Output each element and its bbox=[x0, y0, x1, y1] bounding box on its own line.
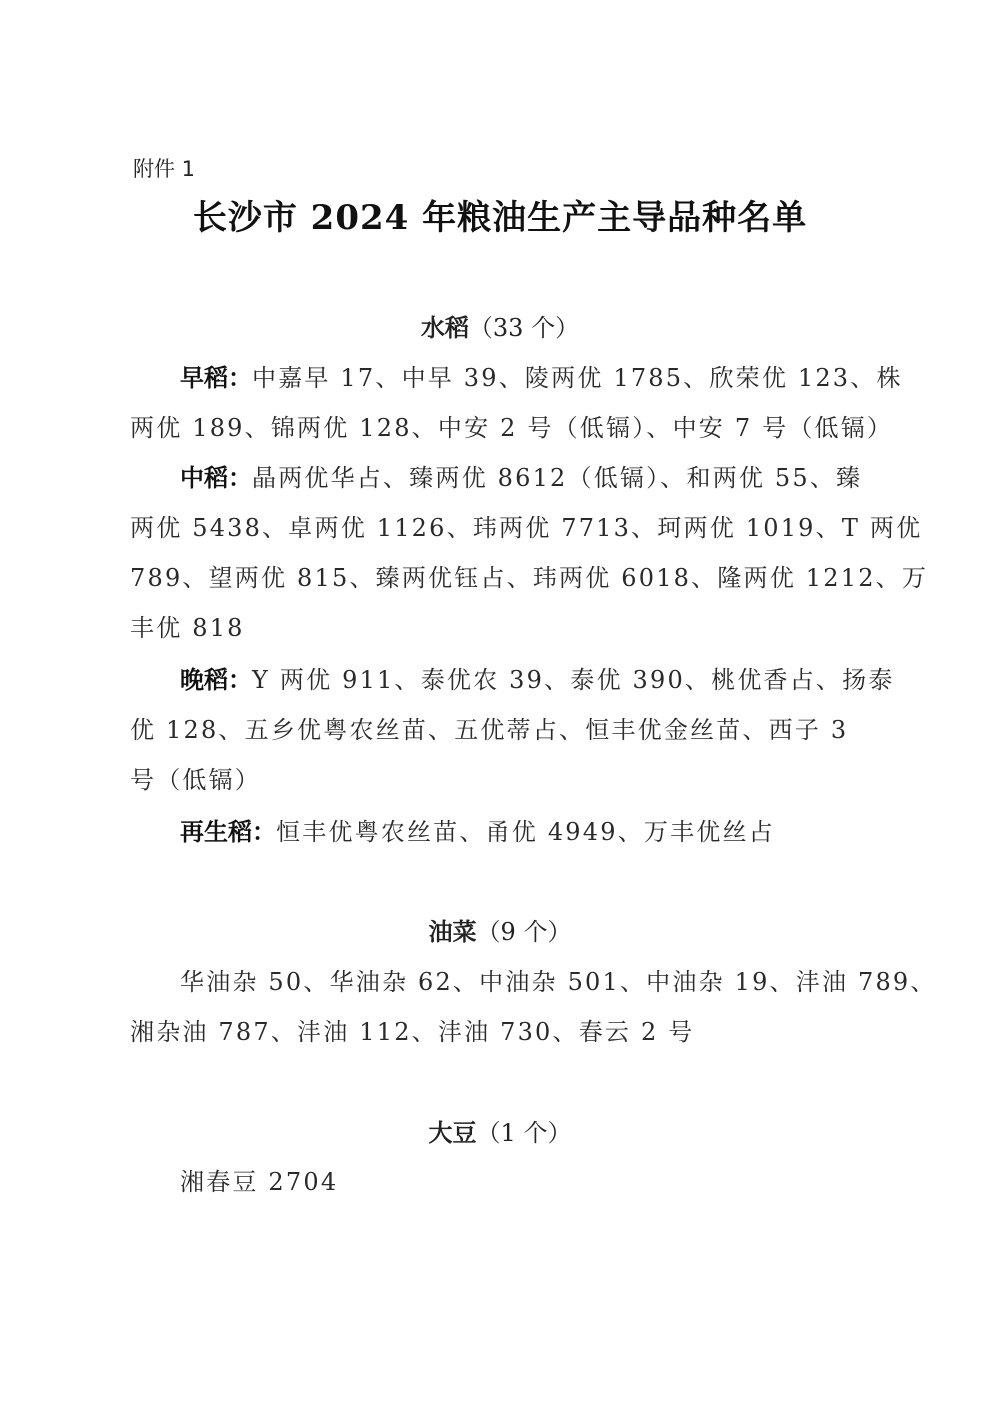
section-name: 大豆 bbox=[429, 1119, 477, 1147]
attachment-label: 附件 1 bbox=[133, 153, 195, 183]
mid-rice-line-2: 两优 5438、卓两优 1126、玮两优 7713、珂两优 1019、T 两优 bbox=[130, 508, 870, 543]
line-text: Y 两优 911、泰优农 39、泰优 390、桃优香占、扬泰 bbox=[252, 666, 895, 694]
late-rice-line-3: 号（低镉） bbox=[130, 760, 870, 795]
early-rice-line-2: 两优 189、锦两优 128、中安 2 号（低镉）、中安 7 号（低镉） bbox=[130, 408, 870, 443]
early-rice-line-1: 早稻：中嘉早 17、中早 39、陵两优 1785、欣荣优 123、株 bbox=[180, 358, 920, 393]
section-heading-rice: 水稻（33 个） bbox=[0, 308, 1000, 343]
group-label-mid-rice: 中稻： bbox=[180, 464, 252, 492]
ratoon-rice-line-1: 再生稻：恒丰优粤农丝苗、甬优 4949、万丰优丝占 bbox=[180, 812, 920, 847]
mid-rice-line-4: 丰优 818 bbox=[130, 608, 870, 643]
late-rice-line-1: 晚稻：Y 两优 911、泰优农 39、泰优 390、桃优香占、扬泰 bbox=[180, 660, 920, 695]
group-label-late-rice: 晚稻： bbox=[180, 666, 252, 694]
line-text: 晶两优华占、臻两优 8612（低镉）、和两优 55、臻 bbox=[252, 464, 862, 492]
section-name: 水稻 bbox=[421, 314, 469, 342]
line-text: 中嘉早 17、中早 39、陵两优 1785、欣荣优 123、株 bbox=[252, 364, 903, 392]
section-heading-rapeseed: 油菜（9 个） bbox=[0, 912, 1000, 947]
section-count: （1 个） bbox=[477, 1119, 572, 1147]
section-heading-soybean: 大豆（1 个） bbox=[0, 1113, 1000, 1148]
document-title: 长沙市 2024 年粮油生产主导品种名单 bbox=[0, 190, 1000, 239]
mid-rice-line-3: 789、望两优 815、臻两优钰占、玮两优 6018、隆两优 1212、万 bbox=[130, 558, 870, 593]
section-count: （33 个） bbox=[469, 314, 579, 342]
document-page: 附件 1 长沙市 2024 年粮油生产主导品种名单 水稻（33 个） 早稻：中嘉… bbox=[0, 0, 1000, 1413]
section-name: 油菜 bbox=[429, 918, 477, 946]
group-label-ratoon-rice: 再生稻： bbox=[180, 818, 276, 846]
rapeseed-line-1: 华油杂 50、华油杂 62、中油杂 501、中油杂 19、沣油 789、 bbox=[180, 962, 920, 997]
rapeseed-line-2: 湘杂油 787、沣油 112、沣油 730、春云 2 号 bbox=[130, 1012, 870, 1047]
line-text: 恒丰优粤农丝苗、甬优 4949、万丰优丝占 bbox=[276, 818, 775, 846]
late-rice-line-2: 优 128、五乡优粤农丝苗、五优蒂占、恒丰优金丝苗、西子 3 bbox=[130, 710, 870, 745]
group-label-early-rice: 早稻： bbox=[180, 364, 252, 392]
soybean-line-1: 湘春豆 2704 bbox=[180, 1162, 920, 1197]
section-count: （9 个） bbox=[477, 918, 572, 946]
mid-rice-line-1: 中稻：晶两优华占、臻两优 8612（低镉）、和两优 55、臻 bbox=[180, 458, 920, 493]
